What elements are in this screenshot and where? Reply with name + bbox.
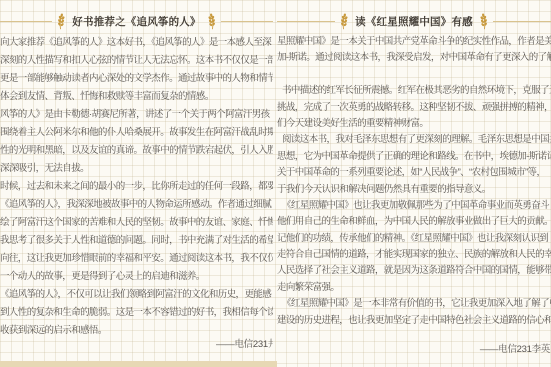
text-line: 向大家推荐《追风筝的人》这本好书，《追风筝的人》是一本感人至深	[0, 34, 273, 52]
text-line: 风筝的人》是由卡勒德·胡赛尼所著，讲述了一个关于两个阿富汗男孩	[0, 106, 273, 124]
text-line: 体会到友情、背叛、忏悔和救赎等丰富而复杂的情感。	[0, 88, 273, 106]
wheat-ear-icon	[478, 13, 491, 30]
text-line: 加-斯诺。通过阅读这本书，我深受启发，对中国革命有了更深入的了解	[277, 50, 551, 66]
text-line: 时候，过去和未来之间的最小的一步，比你所走过的任何一段路，都要	[0, 178, 273, 196]
text-line: 《追风筝的人》，我深深地被故事中的人物命运所感动。作者通过细腻	[0, 196, 273, 214]
text-line: 走向繁荣富强。	[277, 280, 551, 296]
page-footer-bar	[0, 361, 277, 367]
header-rule-left	[277, 21, 335, 22]
text-line: 更是一部能够触动读者内心深处的文学杰作。通过故事中的人物和情节	[0, 70, 273, 88]
article-body: 星照耀中国》是一本关于中国共产党革命斗争的纪实性作品，作者是美加-斯诺。通过阅读…	[277, 34, 551, 329]
article-left: 好书推荐之《追风筝的人》 向大家推荐《追风筝的人》这本好书，《追风筝的人》是一本…	[0, 0, 273, 367]
article-body: 向大家推荐《追风筝的人》这本好书，《追风筝的人》是一本感人至深深刻的人性描写和扣…	[0, 34, 273, 340]
text-line: 思想，它为中国革命提供了正确的理论和路线。在书中，埃德加-斯诺记	[277, 149, 551, 165]
text-line: 星照耀中国》是一本关于中国共产党革命斗争的纪实性作品，作者是美	[277, 34, 551, 50]
text-line: 《红星照耀中国》是一本非常有价值的书，它让我更加深入地了解了中	[277, 296, 551, 312]
text-line: 围绕着主人公阿米尔和他的仆人哈桑展开。故事发生在阿富汗战乱时期	[0, 124, 273, 142]
text-line: 们今天建设美好生活的重要精神财富。	[277, 116, 551, 132]
text-line: 记他们的功绩，传承他们的精神。《红星照耀中国》也让我深刻认识到	[277, 231, 551, 247]
text-line: 绘了阿富汗这个国家的苦难和人民的坚韧。故事中的友谊、家庭、忏悔	[0, 214, 273, 232]
article-right: 读《红星照耀中国》有感 星照耀中国》是一本关于中国共产党革命斗争的纪实性作品，作…	[277, 0, 551, 367]
wheat-ear-icon	[206, 13, 219, 30]
text-line: 向往，这让我更加珍惜眼前的幸福和平安。通过阅读这本书，我不仅仅	[0, 250, 273, 268]
text-line: 于我们今天认识和解决问题仍然具有重要的指导意义。	[277, 182, 551, 198]
article-title: 好书推荐之《追风筝的人》	[72, 14, 200, 29]
text-line: 深刻的人性描写和扣人心弦的情节让人无法忘怀。这本书不仅仅是一部	[0, 52, 273, 70]
author-signature: ——电信231井	[0, 336, 273, 350]
wheat-ear-icon	[54, 13, 67, 30]
article-title: 读《红星照耀中国》有感	[355, 14, 473, 29]
text-line: 人民选择了社会主义道路，就是因为这条道路符合中国的国情，能够带	[277, 263, 551, 279]
wheat-ear-icon	[337, 13, 350, 30]
text-line: 《红星照耀中国》也让我更加敬佩那些为了中国革命事业而英勇奋斗	[277, 198, 551, 214]
text-line: 我思考了很多关于人性和道德的问题。同时，书中充满了对生活的希望	[0, 232, 273, 250]
author-signature: ——电信231李英	[277, 341, 550, 355]
text-line: 他们用自己的生命和鲜血，为中国人民的解放事业做出了巨大的贡献。	[277, 214, 551, 230]
text-line	[277, 67, 551, 83]
article-right-header: 读《红星照耀中国》有感	[277, 11, 551, 31]
text-line: 建设的历史进程，也让我更加坚定了走中国特色社会主义道路的信心和	[277, 313, 551, 329]
text-line: 一个动人的故事，更是得到了心灵上的启迪和滋养。	[0, 268, 273, 286]
text-line: 挑战，完成了一次英勇的战略转移。这种坚韧不拔、顽强拼搏的精神，	[277, 100, 551, 116]
text-line: 《追风筝的人》，不仅可以让我们领略到阿富汗的文化和历史，更能感	[0, 286, 273, 304]
text-line: 走符合自己国情的道路，才能实现国家的独立、民族的解放和人民的幸	[277, 247, 551, 263]
article-left-header: 好书推荐之《追风筝的人》	[0, 11, 273, 31]
text-line: 性的光明和黑暗，以及友谊的真谛。故事中的情节跌宕起伏，引人入胜	[0, 142, 273, 160]
header-rule-left	[0, 21, 52, 22]
text-line: 阅读这本书，我对毛泽东思想有了更深刻的理解。毛泽东思想是中国共	[277, 132, 551, 148]
text-line: 到人性的复杂和生命的脆弱。这是一本不容错过的好书，我相信每个读	[0, 304, 273, 322]
text-line: 书中描述的红军长征所震撼。红军在极其恶劣的自然环境下，克服了无	[277, 83, 551, 99]
text-line: 深深吸引，无法自拔。	[0, 160, 273, 178]
header-rule-right	[493, 21, 551, 22]
header-rule-right	[221, 21, 273, 22]
text-line: 关于中国革命的一系列重要论述，如“人民战争”、“农村包围城市”等，	[277, 165, 551, 181]
document-page: 好书推荐之《追风筝的人》 向大家推荐《追风筝的人》这本好书，《追风筝的人》是一本…	[0, 0, 551, 367]
